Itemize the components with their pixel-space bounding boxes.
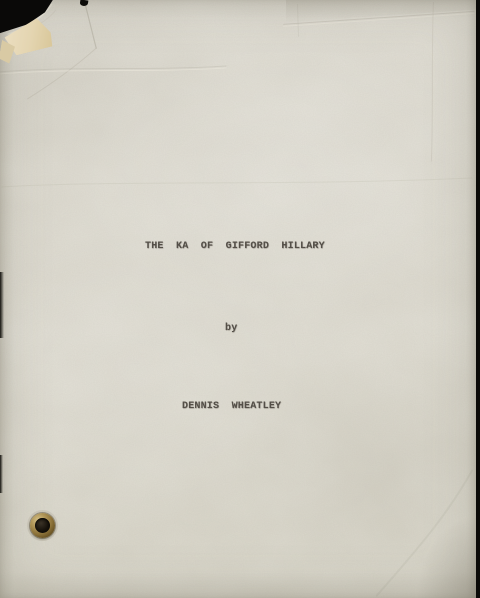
top-right-crease-shade — [286, 0, 476, 24]
crease-decorations — [0, 0, 476, 598]
paper-sheet: THE KA OF GIFFORD HILLARY by DENNIS WHEA… — [0, 0, 476, 598]
author-name: DENNIS WHEATLEY — [182, 401, 281, 412]
scan-frame: THE KA OF GIFFORD HILLARY by DENNIS WHEA… — [0, 0, 480, 598]
grommet-hole — [35, 518, 50, 533]
bottom-right-shadow — [418, 518, 476, 598]
paper-grain-texture — [0, 0, 476, 598]
byline: by — [225, 323, 237, 334]
manuscript-title: THE KA OF GIFFORD HILLARY — [145, 241, 325, 252]
edge-vignette — [0, 0, 476, 598]
left-edge-gap-lower — [0, 455, 3, 493]
brass-grommet — [30, 513, 55, 538]
left-edge-gap — [0, 272, 4, 338]
